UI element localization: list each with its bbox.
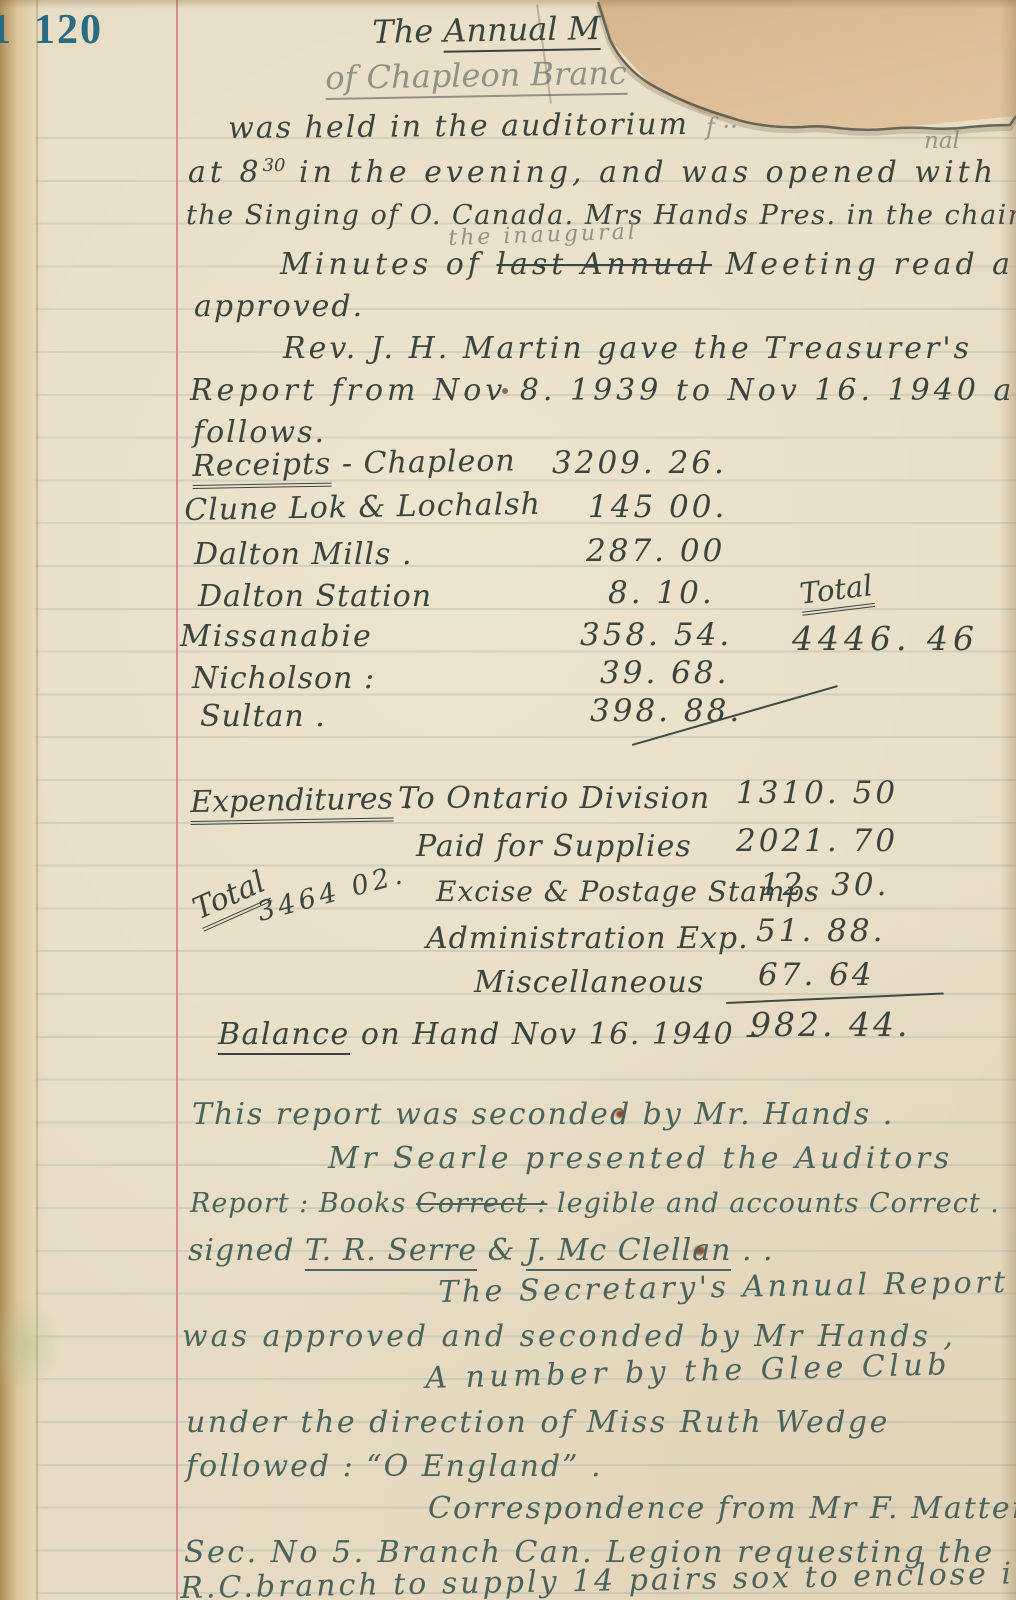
report-books: Report : Books	[190, 1188, 416, 1219]
margin-line	[176, 0, 178, 1600]
receipts-row-name: Sultan .	[200, 700, 326, 735]
ampersand: &	[477, 1233, 526, 1268]
opening-line-4: Minutes of last Annual Meeting read and	[280, 248, 1016, 283]
stain-green	[0, 1298, 62, 1394]
top-edge-shadow	[0, 0, 1016, 9]
receipts-amount: 358. 54.	[580, 618, 732, 654]
expenditures-amount: 2021. 70	[736, 824, 898, 860]
balance-rest: on Hand Nov 16. 1940 –	[350, 1017, 762, 1052]
legible-accounts: legible and accounts Correct .	[547, 1188, 999, 1219]
signed-word: signed	[188, 1233, 305, 1268]
receipts-heading-row: Receipts - Chapleon	[192, 444, 516, 484]
expenditures-amount: 1310. 50	[736, 776, 898, 812]
meeting-read-and: Meeting read and	[712, 247, 1016, 282]
receipts-row-name: Clune Lok & Lochalsh	[184, 488, 541, 529]
receipts-amount: 39. 68.	[600, 656, 729, 692]
receipts-total-label-row: Total	[798, 569, 874, 611]
receipts-row-name: Nicholson :	[192, 662, 375, 697]
receipts-amount: 3209. 26.	[552, 446, 727, 482]
receipts-row-name: Dalton Station	[198, 580, 432, 615]
receipts-heading: Receipts	[192, 447, 332, 489]
struck-last-annual: last Annual	[496, 247, 712, 282]
receipts-row-name: Chapleon	[363, 443, 516, 481]
receipts-amount: 287. 00	[586, 534, 725, 570]
receipts-row-name: Missanabie	[180, 620, 373, 655]
treasurer-line-2: Report from Nov 8. 1939 to Nov 16. 1940 …	[190, 374, 1016, 409]
minutes-line-2: Mr Searle presented the Auditors	[328, 1142, 953, 1177]
receipts-row-name: Dalton Mills .	[194, 538, 412, 573]
receipts-amount: 145 00.	[588, 490, 727, 526]
expenditures-row-name: Administration Exp.	[426, 922, 749, 957]
balance-amount: 982. 44.	[750, 1006, 910, 1044]
expenditures-amount: 67. 64	[758, 958, 875, 994]
minutes-line-9: followed : “O England” .	[186, 1450, 603, 1485]
expenditures-row-name: Miscellaneous	[474, 966, 704, 1001]
expenditures-amount: 51. 88.	[756, 914, 885, 950]
receipts-total-amount: 4446. 46	[792, 620, 979, 658]
minutes-line-10: Correspondence from Mr F. Matters	[428, 1492, 1016, 1527]
minutes-of: Minutes of	[280, 247, 496, 282]
expenditures-heading: Expenditures	[190, 781, 393, 825]
expenditures-heading-row: Expenditures .	[190, 782, 412, 820]
opening-line-5: approved.	[194, 290, 364, 325]
treasurer-line-1: Rev. J. H. Martin gave the Treasurer's	[283, 332, 972, 367]
receipts-amount: 398. 88.	[590, 694, 742, 730]
opening-line-2b: in the evening, and was opened with	[285, 155, 997, 190]
ledger-page: 1 120 The Annual M of Chapleon Branc was…	[0, 0, 1016, 1600]
expenditures-row-name: To Ontario Division	[398, 782, 710, 817]
expenditures-row-name: Paid for Supplies	[416, 830, 692, 865]
struck-correct: Correct :	[416, 1188, 547, 1219]
signature-mcclellan: J. Mc Clellan	[526, 1233, 732, 1271]
receipts-amount: 8. 10.	[608, 576, 715, 612]
balance-row: Balance on Hand Nov 16. 1940 –	[218, 1018, 762, 1053]
minutes-line-8: under the direction of Miss Ruth Wedge	[186, 1406, 890, 1441]
minutes-line-1: This report was seconded by Mr. Hands .	[192, 1098, 894, 1133]
trailing-dots: . .	[731, 1233, 773, 1268]
opening-line-2: at 830 in the evening, and was opened wi…	[188, 156, 997, 191]
torn-edge	[0, 0, 1016, 160]
expenditures-amount: 12. 30.	[760, 868, 889, 904]
treasurer-line-3: follows.	[193, 416, 326, 451]
receipts-sep: -	[331, 446, 364, 482]
minutes-line-4: signed T. R. Serre & J. Mc Clellan . .	[188, 1234, 774, 1269]
right-edge-shadow	[1000, 0, 1016, 1600]
time-text: at 8	[188, 155, 263, 190]
minutes-line-3: Report : Books Correct : legible and acc…	[190, 1188, 1000, 1219]
signature-serre: T. R. Serre	[305, 1233, 477, 1271]
balance-label: Balance	[218, 1017, 350, 1055]
